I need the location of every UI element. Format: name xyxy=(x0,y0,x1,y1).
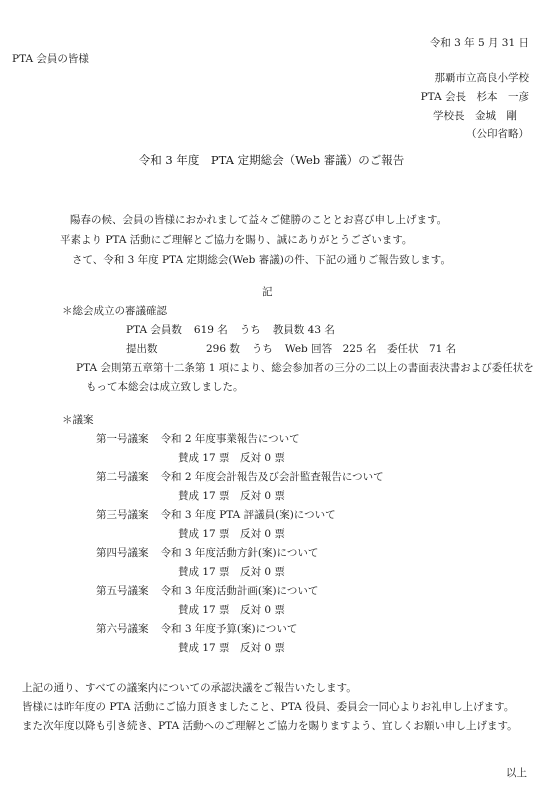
submitted-row: 提出数296 数うちWeb 回答 225 名 委任状 71 名 xyxy=(126,342,456,356)
seal-note: （公印省略） xyxy=(466,127,529,141)
closing-line-1: 上記の通り、すべての議案内についての承認決議をご報告いたします。 xyxy=(22,681,357,695)
submitted-label: 提出数 xyxy=(126,342,194,356)
agenda-heading: ＊議案 xyxy=(62,413,94,427)
intro-line-3: さて、令和 3 年度 PTA 定期総会(Web 審議)の件、下記の通りご報告致し… xyxy=(72,253,451,267)
agenda-subject: 令和 3 年度活動方針(案)について xyxy=(161,547,319,559)
agenda-subject: 令和 3 年度 PTA 評議員(案)について xyxy=(161,509,336,521)
agenda-subject: 令和 3 年度活動計画(案)について xyxy=(161,585,319,597)
quorum-statement-1: PTA 会則第五章第十二条第 1 項により、総会参加者の三分の二以上の書面表決書… xyxy=(76,361,534,375)
ki-mark: 記 xyxy=(262,285,273,299)
sender-pta-president: PTA 会長 杉本 一彦 xyxy=(421,90,529,104)
agenda-number: 第六号議案 xyxy=(96,623,149,635)
quorum-statement-2: もって本総会は成立致しました。 xyxy=(86,380,244,394)
agenda-subject: 令和 2 年度会計報告及び会計監査報告について xyxy=(161,471,384,483)
sender-principal: 学校長 金城 剛 xyxy=(433,109,517,123)
quorum-heading: ＊総会成立の審議確認 xyxy=(62,304,167,318)
agenda-number: 第四号議案 xyxy=(96,547,149,559)
agenda-votes: 賛成 17 票 反対 0 票 xyxy=(178,565,285,579)
agenda-number: 第三号議案 xyxy=(96,509,149,521)
submitted-value: 296 数 xyxy=(206,343,240,355)
members-label: PTA 会員数 xyxy=(126,324,182,336)
members-value: 619 名 xyxy=(194,324,228,336)
agenda-votes: 賛成 17 票 反対 0 票 xyxy=(178,451,285,465)
recipient: PTA 会員の皆様 xyxy=(12,52,89,66)
members-uchi: うち xyxy=(240,324,261,336)
agenda-number: 第一号議案 xyxy=(96,433,149,445)
end-mark: 以上 xyxy=(506,766,527,780)
submitted-detail: Web 回答 225 名 委任状 71 名 xyxy=(285,343,456,355)
intro-line-2: 平素より PTA 活動にご理解とご協力を賜り、誠にありがとうございます。 xyxy=(60,233,412,247)
sender-school: 那覇市立高良小学校 xyxy=(435,71,530,85)
agenda-subject: 令和 3 年度予算(案)について xyxy=(161,623,298,635)
document-title: 令和 3 年度 PTA 定期総会（Web 審議）のご報告 xyxy=(0,153,543,167)
members-row: PTA 会員数619 名うち教員数 43 名 xyxy=(126,323,335,337)
submitted-uchi: うち xyxy=(252,343,273,355)
agenda-subject: 令和 2 年度事業報告について xyxy=(161,433,300,445)
agenda-votes: 賛成 17 票 反対 0 票 xyxy=(178,527,285,541)
agenda-votes: 賛成 17 票 反対 0 票 xyxy=(178,603,285,617)
agenda-number: 第五号議案 xyxy=(96,585,149,597)
closing-line-3: また次年度以降も引き続き、PTA 活動へのご理解とご協力を賜りますよう、宜しくお… xyxy=(22,719,518,733)
members-detail: 教員数 43 名 xyxy=(273,324,335,336)
agenda-votes: 賛成 17 票 反対 0 票 xyxy=(178,489,285,503)
document-date: 令和 3 年 5 月 31 日 xyxy=(430,36,529,50)
agenda-votes: 賛成 17 票 反対 0 票 xyxy=(178,641,285,655)
closing-line-2: 皆様には昨年度の PTA 活動にご協力頂きましたこと、PTA 役員、委員会一同心… xyxy=(22,700,514,714)
agenda-number: 第二号議案 xyxy=(96,471,149,483)
intro-line-1: 陽春の候、会員の皆様におかれまして益々ご健勝のこととお喜び申し上げます。 xyxy=(70,213,447,227)
